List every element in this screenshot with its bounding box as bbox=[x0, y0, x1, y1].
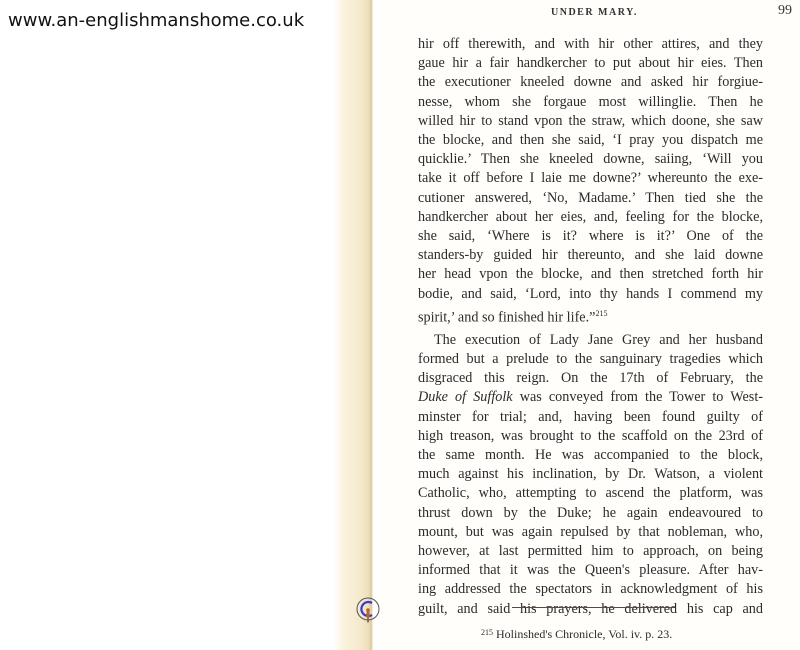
paragraph-2: The execution of Lady Jane Grey and her … bbox=[418, 331, 763, 619]
text-line: ing addressed the spectators in acknowle… bbox=[418, 580, 763, 599]
website-watermark: www.an-englishmanshome.co.uk bbox=[8, 10, 304, 31]
text-line: thrust down by the Duke; he again endeav… bbox=[418, 504, 763, 523]
text-line: much against his inclination, by Dr. Wat… bbox=[418, 465, 763, 484]
paragraph-1: hir off therewith, and with hir other at… bbox=[418, 35, 763, 328]
text-line: take it off before I laie me downe?’ whe… bbox=[418, 169, 763, 188]
text-line: Duke of Suffolk was conveyed from the To… bbox=[418, 388, 763, 407]
text-line: hir off therewith, and with hir other at… bbox=[418, 35, 763, 54]
text-line: minster for trial; and, having been foun… bbox=[418, 408, 763, 427]
text-line: standers-by guided hir thereunto, and sh… bbox=[418, 246, 763, 265]
text-line-content: was conveyed from the Tower to West- bbox=[513, 389, 763, 405]
text-line: the blocke, and then she said, ‘I pray y… bbox=[418, 131, 763, 150]
italic-name: Duke of Suffolk bbox=[418, 389, 513, 405]
text-line: informed that it was the Queen's pleasur… bbox=[418, 561, 763, 580]
text-line: guilt, and said his prayers, he delivere… bbox=[418, 600, 763, 619]
body-text: hir off therewith, and with hir other at… bbox=[418, 35, 763, 619]
footnote: 215Holinshed's Chronicle, Vol. iv. p. 23… bbox=[481, 627, 672, 642]
text-line: she said, ‘Where is it? where is it?’ On… bbox=[418, 227, 763, 246]
running-head: UNDER MARY. bbox=[551, 7, 638, 18]
book-gutter bbox=[333, 0, 373, 650]
footnote-divider bbox=[512, 607, 675, 608]
text-line: bodie, and said, ‘Lord, into thy hands I… bbox=[418, 285, 763, 304]
text-line: high treason, was brought to the scaffol… bbox=[418, 427, 763, 446]
footnote-mark: 215 bbox=[481, 628, 493, 637]
text-line: however, at last permitted him to approa… bbox=[418, 542, 763, 561]
footnote-reference: 215 bbox=[595, 309, 607, 318]
text-line: the same month. He was accompanied to th… bbox=[418, 446, 763, 465]
text-line: nesse, whom she forgaue most willinglie.… bbox=[418, 93, 763, 112]
text-line: spirit,’ and so finished hir life.”215 bbox=[418, 304, 763, 328]
text-line: cutioner answered, ‘No, Madame.’ Then ti… bbox=[418, 189, 763, 208]
text-line: willed hir to stand vpon the straw, whic… bbox=[418, 112, 763, 131]
text-line: Catholic, who, attempting to ascend the … bbox=[418, 484, 763, 503]
text-line: formed but a prelude to the sanguinary t… bbox=[418, 350, 763, 369]
page-number: 99 bbox=[778, 3, 792, 19]
copyright-logo-icon bbox=[353, 596, 383, 626]
text-line: gaue hir a fair handkercher to put about… bbox=[418, 54, 763, 73]
footnote-text: Holinshed's Chronicle, Vol. iv. p. 23. bbox=[496, 627, 672, 641]
text-line: her head vpon the blocke, and then stret… bbox=[418, 265, 763, 284]
text-line: disgraced this reign. On the 17th of Feb… bbox=[418, 369, 763, 388]
text-line: handkercher about her eies, and, feeling… bbox=[418, 208, 763, 227]
book-page: UNDER MARY. 99 hir off therewith, and wi… bbox=[373, 0, 800, 650]
text-line: quicklie.’ Then she kneeled downe, saiin… bbox=[418, 150, 763, 169]
text-line: the executioner kneeled downe and asked … bbox=[418, 73, 763, 92]
text-line-content: spirit,’ and so finished hir life.” bbox=[418, 310, 595, 326]
text-line: mount, but was again repulsed by that no… bbox=[418, 523, 763, 542]
text-line: The execution of Lady Jane Grey and her … bbox=[418, 331, 763, 350]
